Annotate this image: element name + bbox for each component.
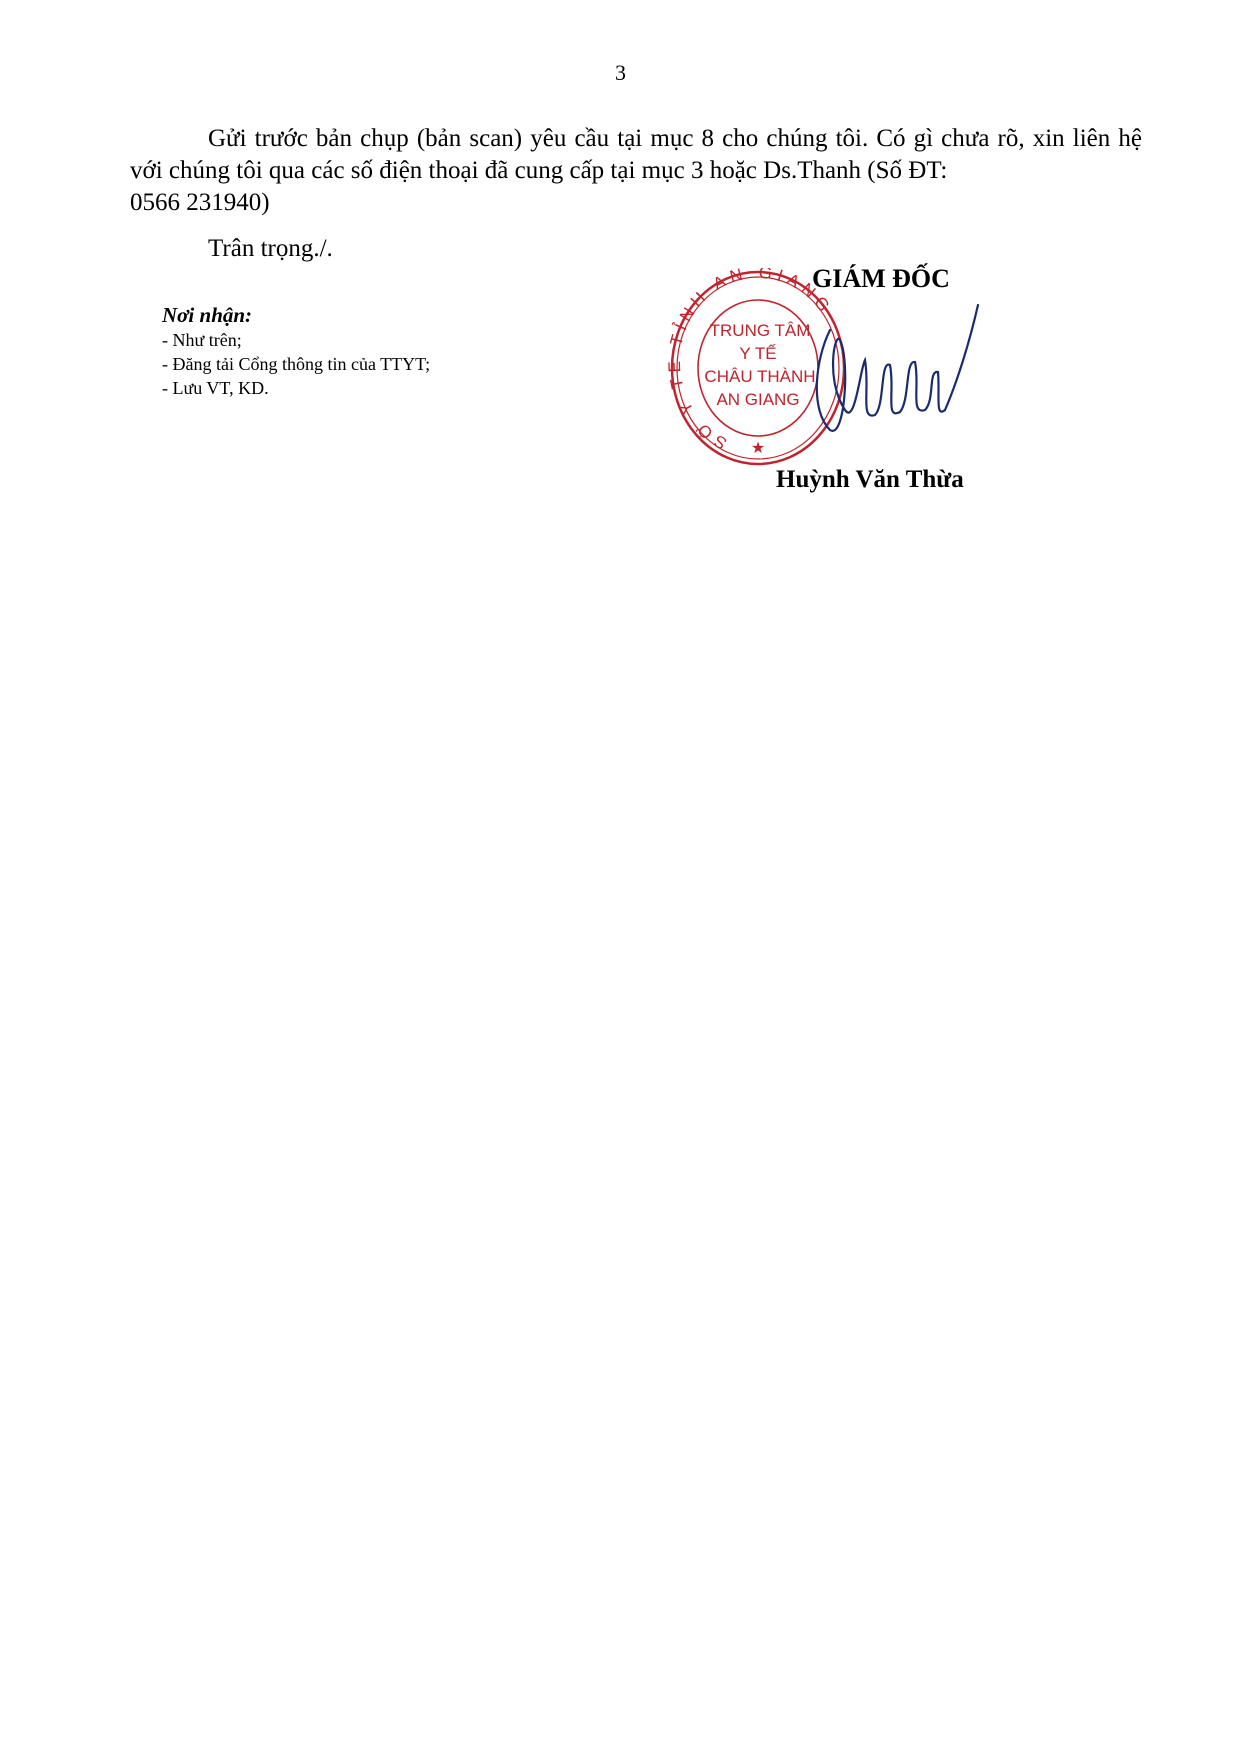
stamp-line: AN GIANG bbox=[716, 390, 799, 409]
body-paragraph: Gửi trước bản chụp (bản scan) yêu cầu tạ… bbox=[130, 123, 1142, 219]
signature-icon bbox=[810, 300, 980, 450]
recipients-block: Nơi nhận: - Như trên; - Đăng tải Cổng th… bbox=[162, 302, 430, 400]
signer-name: Huỳnh Văn Thừa bbox=[776, 466, 964, 494]
recipient-item: - Như trên; bbox=[162, 328, 430, 352]
closing-remark: Trân trọng./. bbox=[208, 235, 333, 263]
stamp-line: TRUNG TÂM bbox=[710, 321, 811, 340]
paragraph-main-text: Gửi trước bản chụp (bản scan) yêu cầu tạ… bbox=[130, 125, 1142, 184]
svg-text:★: ★ bbox=[751, 438, 765, 457]
recipient-item: - Đăng tải Cổng thông tin của TTYT; bbox=[162, 352, 430, 376]
paragraph-phone-number: 0566 231940) bbox=[130, 187, 1142, 219]
recipients-title: Nơi nhận: bbox=[162, 302, 430, 328]
signer-title: GIÁM ĐỐC bbox=[812, 264, 950, 294]
page-number: 3 bbox=[0, 60, 1241, 86]
stamp-line: CHÂU THÀNH bbox=[704, 367, 815, 386]
stamp-line: Y TẾ bbox=[739, 344, 776, 363]
recipient-item: - Lưu VT, KD. bbox=[162, 376, 430, 400]
